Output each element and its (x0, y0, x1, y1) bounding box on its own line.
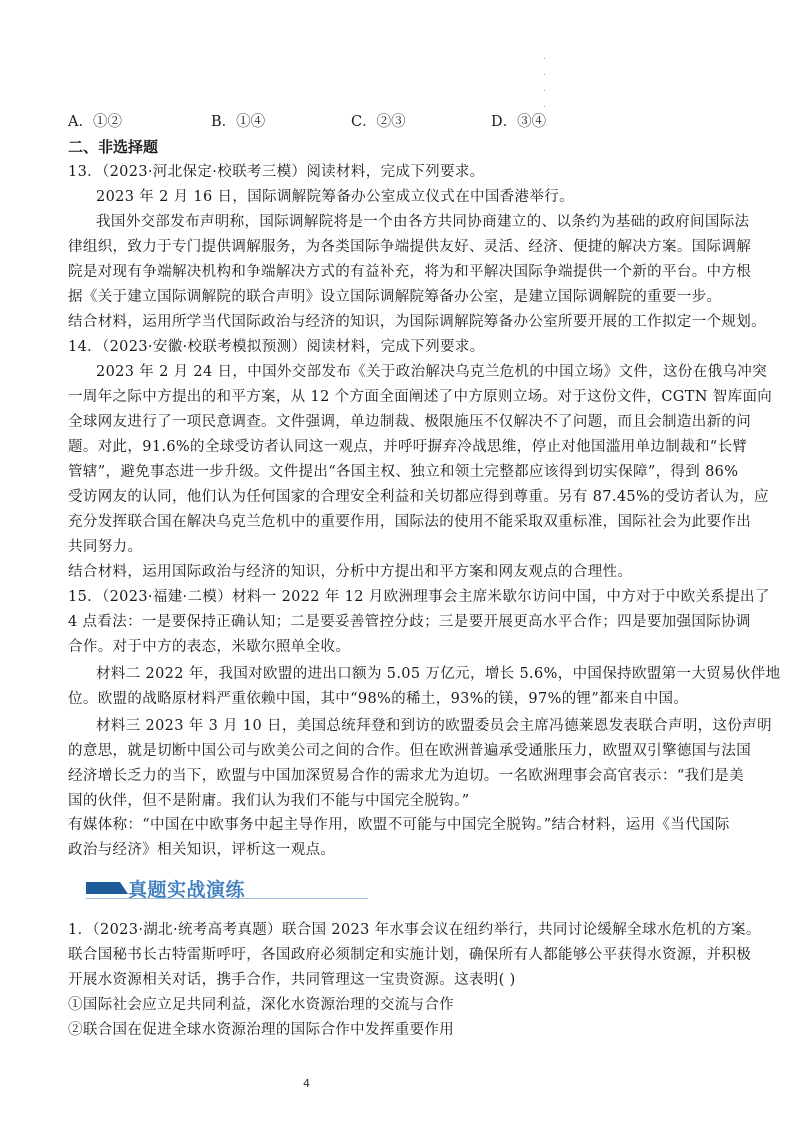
q15-header: 15．（2023·福建·二模）材料一 2022 年 12 月欧洲理事会主席米歇尔… (68, 587, 758, 607)
q13-header: 13．（2023·河北保定·校联考三模）阅读材料，完成下列要求。 (68, 162, 758, 182)
option-c: C．②③ (351, 112, 406, 132)
q14-line: 一周年之际中方提出的和平方案，从 12 个方面全面阐述了中方原则立场。对于这份文… (68, 387, 758, 407)
q15-line: 的意思，就是切断中国公司与欧美公司之间的合作。但在欧洲普遍承受通胀压力，欧盟双引… (68, 741, 758, 761)
banner-underline (86, 898, 368, 899)
q15-material-2: 材料二 2022 年，我国对欧盟的进出口额为 5.05 万亿元，增长 5.6%，… (96, 664, 786, 684)
q15-line: 4 点看法：一是要保持正确认知；二是要妥善管控分歧；三是要开展更高水平合作；四是… (68, 612, 758, 632)
section-title: 二、非选择题 (68, 137, 158, 157)
q14-line: 共同努力。 (68, 537, 758, 557)
option-b: B．①④ (211, 112, 265, 132)
q13-line: 律组织，致力于专门提供调解服务，为各类国际争端提供友好、灵活、经济、便捷的解决方… (68, 237, 758, 257)
q13-line: 院是对现有争端解决机构和争端解决方式的有益补充，将为和平解决国际争端提供一个新的… (68, 262, 758, 282)
q14-line: 管辖”，避免事态进一步升级。文件提出“各国主权、独立和领土完整都应该得到切实保障… (68, 462, 758, 482)
q15-task: 有媒体称：“中国在中欧事务中起主导作用，欧盟不可能与中国完全脱钩。”结合材料，运… (68, 815, 758, 835)
page-number: 4 (303, 1077, 310, 1090)
exam-q1-header: 1．（2023·湖北·统考高考真题）联合国 2023 年水事会议在纽约举行，共同… (68, 920, 758, 940)
q14-task: 结合材料，运用国际政治与经济的知识，分析中方提出和平方案和网友观点的合理性。 (68, 562, 758, 582)
q15-line: 位。欧盟的战略原材料严重依赖中国，其中“98%的稀土，93%的镁，97%的锂”都… (68, 689, 758, 709)
exam-q1-choice: ①国际社会应立足共同利益，深化水资源治理的交流与合作 (68, 995, 758, 1015)
q14-header: 14．（2023·安徽·校联考模拟预测）阅读材料，完成下列要求。 (68, 337, 758, 357)
document-page: A．①② B．①④ C．②③ D．③④ 二、非选择题 13．（2023·河北保定… (0, 0, 800, 1132)
q14-line: 全球网友进行了一项民意调查。文件强调，单边制裁、极限施压不仅解决不了问题，而且会… (68, 412, 758, 432)
q13-line: 我国外交部发布声明称，国际调解院将是一个由各方共同协商建立的、以条约为基础的政府… (96, 212, 786, 232)
exam-q1-line: 开展水资源相关对话，携手合作，共同管理这一宝贵资源。这表明( ) (68, 970, 758, 990)
q14-line: 受访网友的认同，他们认为任何国家的合理安全利益和关切都应得到尊重。另有 87.4… (68, 487, 758, 507)
option-a: A．①② (68, 112, 122, 132)
q15-task: 政治与经济》相关知识，评析这一观点。 (68, 840, 758, 860)
q15-line: 国的伙伴，但不是附庸。我们认为我们不能与中国完全脱钩。” (68, 791, 758, 811)
banner-bar-decoration (86, 882, 120, 894)
q13-line: 2023 年 2 月 16 日，国际调解院筹备办公室成立仪式在中国香港举行。 (96, 187, 786, 207)
q13-task: 结合材料，运用所学当代国际政治与经济的知识，为国际调解院筹备办公室所要开展的工作… (68, 312, 758, 332)
section-banner: 真题实战演练 (86, 873, 368, 903)
q15-line: 经济增长乏力的当下，欧盟与中国加深贸易合作的需求尤为迫切。一名欧洲理事会高官表示… (68, 766, 758, 786)
exam-q1-line: 联合国秘书长古特雷斯呼吁，各国政府必须制定和实施计划，确保所有人都能够公平获得水… (68, 945, 758, 965)
q14-line: 题。对此，91.6%的全球受访者认同这一观点，并呼吁摒弃冷战思维，停止对他国滥用… (68, 437, 758, 457)
q15-material-3: 材料三 2023 年 3 月 10 日，美国总统拜登和到访的欧盟委员会主席冯德莱… (96, 716, 786, 736)
q14-line: 2023 年 2 月 24 日，中国外交部发布《关于政治解决乌克兰危机的中国立场… (96, 362, 786, 382)
q13-line: 据《关于建立国际调解院的联合声明》设立国际调解院筹备办公室，是建立国际调解院的重… (68, 287, 758, 307)
option-d: D．③④ (491, 112, 546, 132)
exam-q1-choice: ②联合国在促进全球水资源治理的国际合作中发挥重要作用 (68, 1020, 758, 1040)
q14-line: 充分发挥联合国在解决乌克兰危机中的重要作用，国际法的使用不能采取双重标准，国际社… (68, 512, 758, 532)
q15-line: 合作。对于中方的表态，米歇尔照单全收。 (68, 637, 758, 657)
